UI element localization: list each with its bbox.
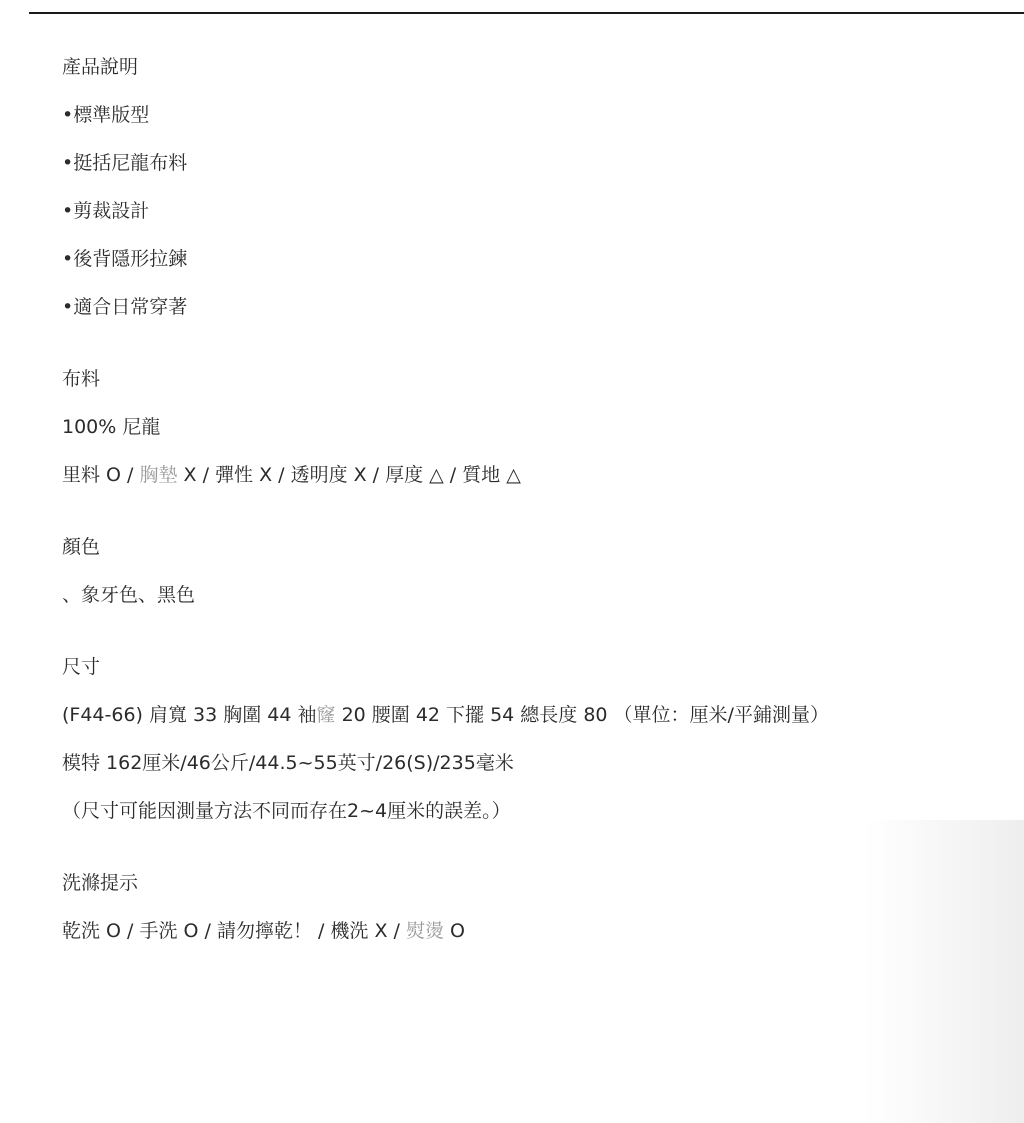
size-text: 20 腰圍 42 下擺 54 總長度 80 （單位：厘米/平鋪測量） xyxy=(336,704,829,726)
care-text: O xyxy=(444,920,465,942)
section-care: 洗滌提示 乾洗 O / 手洗 O / 請勿擰乾！ / 機洗 X / 熨燙 O xyxy=(62,871,829,943)
list-item: •挺括尼龍布料 xyxy=(62,151,829,175)
section-title: 洗滌提示 xyxy=(62,871,829,895)
section-fabric: 布料 100% 尼龍 里料 O / 胸墊 X / 彈性 X / 透明度 X / … xyxy=(62,367,829,487)
care-text-faded: 熨燙 xyxy=(406,920,444,942)
corner-shade xyxy=(864,820,1024,1123)
size-text-faded: 窿 xyxy=(317,704,336,726)
care-text: 乾洗 O / 手洗 O / 請勿擰乾！ / 機洗 X / xyxy=(62,920,406,942)
fabric-attributes: 里料 O / 胸墊 X / 彈性 X / 透明度 X / 厚度 △ / 質地 △ xyxy=(62,463,829,487)
section-title: 尺寸 xyxy=(62,655,829,679)
section-size: 尺寸 (F44-66) 肩寬 33 胸圍 44 袖窿 20 腰圍 42 下擺 5… xyxy=(62,655,829,823)
section-title: 顏色 xyxy=(62,535,829,559)
attr-text: 里料 O / xyxy=(62,464,139,486)
list-item: •標準版型 xyxy=(62,103,829,127)
attr-text-faded: 胸墊 xyxy=(139,464,177,486)
list-item: •剪裁設計 xyxy=(62,199,829,223)
size-text: (F44-66) 肩寬 33 胸圍 44 袖 xyxy=(62,704,317,726)
list-item: •後背隱形拉鍊 xyxy=(62,247,829,271)
size-measurements: (F44-66) 肩寬 33 胸圍 44 袖窿 20 腰圍 42 下擺 54 總… xyxy=(62,703,829,727)
product-details: 產品說明 •標準版型 •挺括尼龍布料 •剪裁設計 •後背隱形拉鍊 •適合日常穿著… xyxy=(62,55,829,991)
top-divider xyxy=(29,12,1024,14)
section-description: 產品說明 •標準版型 •挺括尼龍布料 •剪裁設計 •後背隱形拉鍊 •適合日常穿著 xyxy=(62,55,829,319)
model-info: 模特 162厘米/46公斤/44.5~55英寸/26(S)/235毫米 xyxy=(62,751,829,775)
color-list: 、象牙色、黑色 xyxy=(62,583,829,607)
section-title: 產品說明 xyxy=(62,55,829,79)
section-color: 顏色 、象牙色、黑色 xyxy=(62,535,829,607)
section-title: 布料 xyxy=(62,367,829,391)
fabric-composition: 100% 尼龍 xyxy=(62,415,829,439)
care-instructions: 乾洗 O / 手洗 O / 請勿擰乾！ / 機洗 X / 熨燙 O xyxy=(62,919,829,943)
size-note: （尺寸可能因測量方法不同而存在2~4厘米的誤差。） xyxy=(62,799,829,823)
attr-text: X / 彈性 X / 透明度 X / 厚度 △ / 質地 △ xyxy=(178,464,521,486)
list-item: •適合日常穿著 xyxy=(62,295,829,319)
